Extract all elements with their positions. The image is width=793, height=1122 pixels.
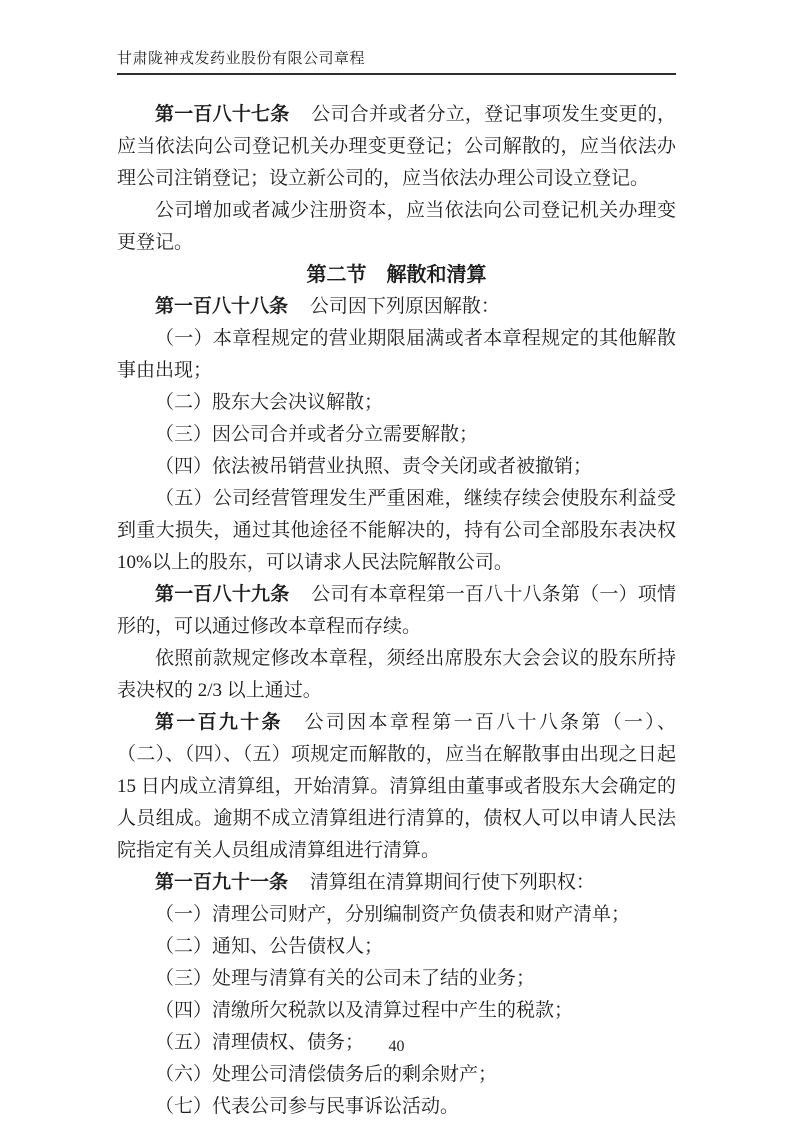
page-number: 40 bbox=[0, 1038, 793, 1056]
paragraph: （四）依法被吊销营业执照、责令关闭或者被撤销； bbox=[117, 451, 676, 483]
paragraph-text: （三）处理与清算有关的公司未了结的业务； bbox=[155, 968, 535, 989]
paragraph: 第一百九十条公司因本章程第一百八十八条第（一）、（二）、（四）、（五）项规定而解… bbox=[117, 707, 676, 867]
article-number: 第一百九十条 bbox=[155, 712, 283, 733]
page-header: 甘肃陇神戎发药业股份有限公司章程 bbox=[117, 50, 676, 75]
paragraph: 公司增加或者减少注册资本，应当依法向公司登记机关办理变更登记。 bbox=[117, 195, 676, 259]
document-page: 甘肃陇神戎发药业股份有限公司章程 第一百八十七条公司合并或者分立，登记事项发生变… bbox=[0, 0, 793, 1122]
paragraph: （一）清理公司财产，分别编制资产负债表和财产清单； bbox=[117, 899, 676, 931]
paragraph: （七）代表公司参与民事诉讼活动。 bbox=[117, 1091, 676, 1122]
paragraph-text: （四）依法被吊销营业执照、责令关闭或者被撤销； bbox=[155, 456, 592, 477]
paragraph-text: 依照前款规定修改本章程，须经出席股东大会会议的股东所持表决权的 2/3 以上通过… bbox=[117, 648, 676, 701]
paragraph: （三）因公司合并或者分立需要解散； bbox=[117, 419, 676, 451]
paragraph: 第一百八十八条公司因下列原因解散： bbox=[117, 291, 676, 323]
header-title: 甘肃陇神戎发药业股份有限公司章程 bbox=[117, 51, 365, 67]
paragraph-text: （一）本章程规定的营业期限届满或者本章程规定的其他解散事由出现； bbox=[117, 328, 676, 381]
paragraph: （一）本章程规定的营业期限届满或者本章程规定的其他解散事由出现； bbox=[117, 323, 676, 387]
paragraph: 第一百八十七条公司合并或者分立，登记事项发生变更的，应当依法向公司登记机关办理变… bbox=[117, 99, 676, 195]
paragraph: 依照前款规定修改本章程，须经出席股东大会会议的股东所持表决权的 2/3 以上通过… bbox=[117, 643, 676, 707]
paragraph: （六）处理公司清偿债务后的剩余财产； bbox=[117, 1059, 676, 1091]
paragraph-text: （四）清缴所欠税款以及清算过程中产生的税款； bbox=[155, 1000, 573, 1021]
document-body: 第一百八十七条公司合并或者分立，登记事项发生变更的，应当依法向公司登记机关办理变… bbox=[117, 99, 676, 1122]
paragraph-text: 第二节 解散和清算 bbox=[307, 264, 487, 286]
paragraph-text: 公司因下列原因解散： bbox=[310, 296, 500, 317]
section-heading: 第二节 解散和清算 bbox=[117, 259, 676, 291]
paragraph: 第一百八十九条公司有本章程第一百八十八条第（一）项情形的，可以通过修改本章程而存… bbox=[117, 579, 676, 643]
article-number: 第一百八十九条 bbox=[155, 584, 289, 605]
paragraph-text: （七）代表公司参与民事诉讼活动。 bbox=[155, 1096, 459, 1117]
paragraph-text: （一）清理公司财产，分别编制资产负债表和财产清单； bbox=[155, 904, 630, 925]
paragraph: （二）股东大会决议解散； bbox=[117, 387, 676, 419]
paragraph-text: 清算组在清算期间行使下列职权： bbox=[310, 872, 595, 893]
paragraph: （三）处理与清算有关的公司未了结的业务； bbox=[117, 963, 676, 995]
article-number: 第一百八十八条 bbox=[155, 296, 288, 317]
article-number: 第一百九十一条 bbox=[155, 872, 288, 893]
paragraph: （四）清缴所欠税款以及清算过程中产生的税款； bbox=[117, 995, 676, 1027]
paragraph-text: 公司增加或者减少注册资本，应当依法向公司登记机关办理变更登记。 bbox=[117, 200, 676, 253]
paragraph: 第一百九十一条清算组在清算期间行使下列职权： bbox=[117, 867, 676, 899]
paragraph: （二）通知、公告债权人； bbox=[117, 931, 676, 963]
paragraph-text: （五）公司经营管理发生严重困难，继续存续会使股东利益受到重大损失，通过其他途径不… bbox=[117, 488, 676, 573]
paragraph-text: （三）因公司合并或者分立需要解散； bbox=[155, 424, 478, 445]
paragraph-text: （二）通知、公告债权人； bbox=[155, 936, 383, 957]
paragraph: （五）公司经营管理发生严重困难，继续存续会使股东利益受到重大损失，通过其他途径不… bbox=[117, 483, 676, 579]
paragraph-text: （六）处理公司清偿债务后的剩余财产； bbox=[155, 1064, 497, 1085]
article-number: 第一百八十七条 bbox=[155, 104, 289, 125]
paragraph-text: 公司因本章程第一百八十八条第（一）、（二）、（四）、（五）项规定而解散的，应当在… bbox=[117, 712, 676, 861]
paragraph-text: （二）股东大会决议解散； bbox=[155, 392, 383, 413]
